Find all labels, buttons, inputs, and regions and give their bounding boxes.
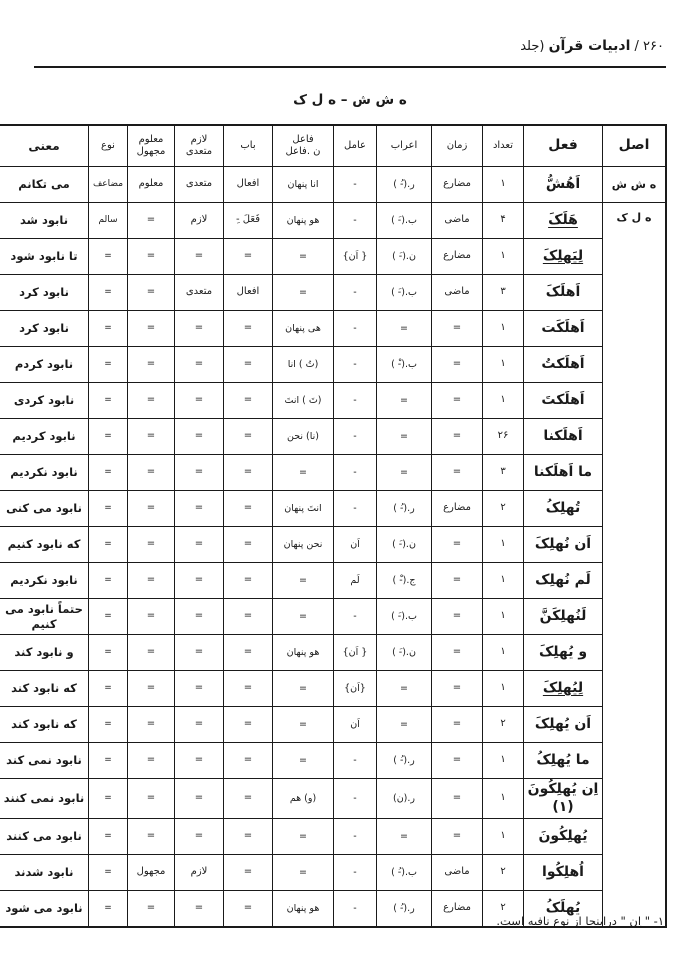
cell-amel: اَن [334,707,377,743]
cell-mani: نابود نمی کند [0,743,89,779]
cell-amel: - [334,311,377,347]
cell-zaman: = [432,671,483,707]
cell-tedad: ۱ [483,311,524,347]
table-row: اُهلِکُوا۲ماضیب.(-ُ )-==لازممجهول=نابود … [0,855,666,891]
cell-bab: افعال [224,167,273,203]
cell-bab: فَعَلَ -ِ [224,203,273,239]
cell-malum: = [128,203,175,239]
cell-amel: اَن [334,527,377,563]
table-head: اصلفعلتعدادزماناعرابعاملفاعل ن .فاعلبابل… [0,125,666,167]
cell-tedad: ۲۶ [483,419,524,455]
cell-mani: نابود نکردیم [0,455,89,491]
cell-mani: نابود نمی کنند [0,779,89,819]
column-header-fel: فعل [524,125,603,167]
cell-tedad: ۱ [483,671,524,707]
cell-tedad: ۲ [483,491,524,527]
cell-zaman: = [432,819,483,855]
cell-fael: = [273,599,334,635]
table-body: ه ش شاَهُشُّ۱مضارعر.(-ُ )-انا پنهانافعال… [0,167,666,928]
cell-malum: = [128,743,175,779]
cell-zaman: = [432,635,483,671]
table-row: ه ش شاَهُشُّ۱مضارعر.(-ُ )-انا پنهانافعال… [0,167,666,203]
cell-zaman: = [432,599,483,635]
cell-amel: {اَن} [334,671,377,707]
cell-lazem: = [175,491,224,527]
cell-erab: ر.(-ُ ) [377,167,432,203]
cell-fael: = [273,855,334,891]
cell-amel: - [334,455,377,491]
cell-fel: اَهلَکَت [524,311,603,347]
cell-fel: لِیَهلِکَ [524,239,603,275]
column-header-bab: باب [224,125,273,167]
cell-malum: = [128,671,175,707]
cell-bab: = [224,563,273,599]
cell-malum: = [128,455,175,491]
cell-tedad: ۱ [483,239,524,275]
cell-bab: = [224,599,273,635]
cell-amel: - [334,347,377,383]
cell-amel: - [334,855,377,891]
cell-fel: اَهلَکنا [524,419,603,455]
cell-no: = [89,455,128,491]
cell-no: = [89,527,128,563]
cell-bab: = [224,743,273,779]
cell-zaman: = [432,311,483,347]
cell-no: = [89,347,128,383]
column-header-malum: معلوم مجهول [128,125,175,167]
cell-no: = [89,311,128,347]
cell-mani: نابود نکردیم [0,563,89,599]
cell-zaman: ماضی [432,855,483,891]
cell-malum: = [128,527,175,563]
cell-zaman: مضارع [432,491,483,527]
cell-fael: هو پنهان [273,203,334,239]
cell-erab: = [377,419,432,455]
cell-zaman: = [432,779,483,819]
table-container: اصلفعلتعدادزماناعرابعاملفاعل ن .فاعلبابل… [0,124,667,928]
cell-bab: = [224,635,273,671]
cell-erab: ر.(ن) [377,779,432,819]
cell-no: = [89,239,128,275]
cell-malum: مجهول [128,855,175,891]
table-row: ما یُهلِکُ۱=ر.(-ُ )-=====نابود نمی کندجا… [0,743,666,779]
conjugation-table: اصلفعلتعدادزماناعرابعاملفاعل ن .فاعلبابل… [0,124,667,928]
cell-lazem: = [175,819,224,855]
cell-mani: تا نابود شود [0,239,89,275]
cell-amel: - [334,779,377,819]
cell-erab: = [377,455,432,491]
cell-bab: = [224,527,273,563]
cell-erab: ن.(-َ ) [377,635,432,671]
cell-erab: ب.(-َ ) [377,203,432,239]
cell-bab: = [224,455,273,491]
cell-amel: - [334,167,377,203]
cell-tedad: ۱ [483,563,524,599]
cell-amel: - [334,275,377,311]
cell-fel: تُهلِکُ [524,491,603,527]
cell-no: = [89,491,128,527]
cell-bab: = [224,819,273,855]
cell-fel: لَنُهلِکَنَّ [524,599,603,635]
cell-erab: ب.(-َ ) [377,599,432,635]
cell-lazem: = [175,347,224,383]
cell-lazem: متعدی [175,275,224,311]
cell-bab: = [224,347,273,383]
cell-malum: = [128,383,175,419]
cell-fel: و یُهلِکَ [524,635,603,671]
column-header-tedad: تعداد [483,125,524,167]
cell-amel: { اَن} [334,635,377,671]
table-row: تُهلِکُ۲مضارعر.(-ُ )-انتَ پنهان====نابود… [0,491,666,527]
cell-fel: یُهلِکُونَ [524,819,603,855]
cell-amel: - [334,743,377,779]
cell-tedad: ۱ [483,527,524,563]
cell-fael: = [273,707,334,743]
cell-lazem: = [175,383,224,419]
cell-fel: اَهلَکتَ [524,383,603,419]
cell-fel: اَن نُهلِکَ [524,527,603,563]
book-page: ۲۶۰ / ادبیات قرآن (جلد ه ش ش – ه ل ک اصل… [0,0,700,966]
cell-tedad: ۲ [483,855,524,891]
header-divider [34,66,666,68]
cell-lazem: = [175,671,224,707]
cell-fael: = [273,239,334,275]
table-row: لَنُهلِکَنَّ۱=ب.(-َ )-=====حتماً نابود م… [0,599,666,635]
cell-erab: ب.(-ُ ) [377,855,432,891]
cell-fael: (تُ ) انا [273,347,334,383]
cell-malum: = [128,275,175,311]
cell-tedad: ۱ [483,779,524,819]
cell-lazem: = [175,599,224,635]
table-row: اَهلَکَ۳ماضیب.(-َ )-=افعالمتعدی==نابود ک… [0,275,666,311]
cell-malum: = [128,239,175,275]
cell-erab: ب.(-َ ) [377,275,432,311]
cell-mani: که نابود کنیم [0,527,89,563]
cell-erab: ب.(-ْ ) [377,347,432,383]
cell-no: = [89,275,128,311]
cell-malum: = [128,819,175,855]
cell-zaman: = [432,383,483,419]
cell-zaman: = [432,455,483,491]
cell-mani: نابود شدند [0,855,89,891]
cell-no: = [89,563,128,599]
cell-amel: - [334,491,377,527]
cell-malum: = [128,707,175,743]
cell-tedad: ۳ [483,455,524,491]
cell-mani: و نابود کند [0,635,89,671]
cell-bab: = [224,779,273,819]
cell-malum: = [128,347,175,383]
table-row: و یُهلِکَ۱=ن.(-َ ){ اَن}هو پنهان====و نا… [0,635,666,671]
cell-fel: اِن یُهلِکُونَ (۱) [524,779,603,819]
book-title: ادبیات قرآن [549,38,631,54]
cell-bab: = [224,707,273,743]
table-row: اَهلَکَت۱==-هی پنهان====نابود کردآل عمرا… [0,311,666,347]
cell-erab: = [377,819,432,855]
cell-no: = [89,707,128,743]
cell-amel: - [334,383,377,419]
column-header-amel: عامل [334,125,377,167]
volume-label: (جلد [520,39,548,54]
cell-no: = [89,599,128,635]
cell-mani: نابود کردم [0,347,89,383]
cell-tedad: ۱ [483,635,524,671]
cell-fael: (و) هم [273,779,334,819]
table-row: لِیَهلِکَ۱مضارعن.(-َ ){ اَن}=====تا نابو… [0,239,666,275]
cell-bab: = [224,491,273,527]
cell-lazem: = [175,563,224,599]
cell-bab: = [224,671,273,707]
cell-lazem: = [175,311,224,347]
cell-mani: که نابود کند [0,671,89,707]
cell-zaman: = [432,743,483,779]
cell-erab: ج.(-ْ ) [377,563,432,599]
cell-tedad: ۱ [483,347,524,383]
cell-tedad: ۱ [483,167,524,203]
cell-erab: = [377,707,432,743]
cell-no: = [89,855,128,891]
cell-fael: = [273,671,334,707]
cell-fael: انا پنهان [273,167,334,203]
cell-amel: - [334,203,377,239]
cell-no: مضاعف [89,167,128,203]
cell-lazem: = [175,707,224,743]
cell-mani: حتماً نابود می کنیم [0,599,89,635]
cell-tedad: ۱ [483,383,524,419]
cell-bab: = [224,855,273,891]
cell-asl: ه ش ش [603,167,667,203]
cell-mani: نابود می کنی [0,491,89,527]
cell-erab: ن.(-َ ) [377,239,432,275]
cell-lazem: = [175,743,224,779]
cell-no: = [89,383,128,419]
cell-mani: که نابود کند [0,707,89,743]
cell-amel: - [334,599,377,635]
cell-zaman: = [432,563,483,599]
table-row: اَن یُهلِکَ۲==اَن=====که نابود کنداعراف … [0,707,666,743]
cell-fael: (تَ ) انتَ [273,383,334,419]
cell-fael: نحن پنهان [273,527,334,563]
cell-fel: لَم نُهلِک [524,563,603,599]
cell-mani: می تکانم [0,167,89,203]
cell-zaman: ماضی [432,275,483,311]
table-row: اَن نُهلِکَ۱=ن.(-َ )اَننحن پنهان====که ن… [0,527,666,563]
cell-fel: اَهُشُّ [524,167,603,203]
cell-erab: ر.(-ُ ) [377,491,432,527]
cell-tedad: ۴ [483,203,524,239]
cell-fel: اَهلَکَ [524,275,603,311]
cell-tedad: ۱ [483,819,524,855]
column-header-asl: اصل [603,125,667,167]
cell-fael: (نا) نحن [273,419,334,455]
cell-fel: ما یُهلِکُ [524,743,603,779]
cell-lazem: = [175,239,224,275]
cell-tedad: ۲ [483,707,524,743]
column-header-erab: اعراب [377,125,432,167]
cell-fael: = [273,819,334,855]
cell-zaman: ماضی [432,203,483,239]
table-row: ما اَهلَکنا۳==-=====نابود نکردیمحجر ۴ [0,455,666,491]
cell-bab: = [224,239,273,275]
cell-mani: نابود کرد [0,311,89,347]
table-head-row: اصلفعلتعدادزماناعرابعاملفاعل ن .فاعلبابل… [0,125,666,167]
footnote: ۱- " اِن " دراینجا از نوع نافیه است. [36,914,664,928]
cell-mani: نابود کرد [0,275,89,311]
table-row: اَهلَکتَ۱==-(تَ ) انتَ====نابود کردیاعرا… [0,383,666,419]
root-heading: ه ش ش – ه ل ک [0,92,700,108]
cell-tedad: ۱ [483,599,524,635]
cell-no: = [89,819,128,855]
cell-fael: انتَ پنهان [273,491,334,527]
cell-fel: ما اَهلَکنا [524,455,603,491]
cell-mani: نابود شد [0,203,89,239]
cell-fel: لِیُهلِکَ [524,671,603,707]
table-row: لِیُهلِکَ۱=={اَن}=====که نابود کندهود ۱۱… [0,671,666,707]
cell-fel: اَن یُهلِکَ [524,707,603,743]
table-row: یُهلِکُونَ۱==-=====نابود می کنندتوبه ۴۲ [0,819,666,855]
cell-fel: اَهلَکتُ [524,347,603,383]
cell-fael: = [273,455,334,491]
cell-fael: = [273,743,334,779]
cell-malum: = [128,419,175,455]
cell-lazem: = [175,527,224,563]
cell-malum: = [128,779,175,819]
cell-no: سالم [89,203,128,239]
cell-erab: = [377,383,432,419]
cell-no: = [89,635,128,671]
cell-zaman: = [432,347,483,383]
table-row: ه ل کهَلَکَ۴ماضیب.(-َ )-هو پنهانفَعَلَ -… [0,203,666,239]
cell-lazem: = [175,455,224,491]
table-row: اِن یُهلِکُونَ (۱)۱=ر.(ن)-(و) هم====نابو… [0,779,666,819]
cell-mani: نابود می کنند [0,819,89,855]
table-row: اَهلَکنا۲۶==-(نا) نحن====نابود کردیممحمد… [0,419,666,455]
cell-malum: = [128,491,175,527]
cell-asl: ه ل ک [603,203,667,928]
cell-no: = [89,743,128,779]
cell-malum: = [128,311,175,347]
cell-amel: - [334,819,377,855]
cell-zaman: مضارع [432,239,483,275]
cell-bab: افعال [224,275,273,311]
cell-erab: = [377,671,432,707]
cell-mani: نابود کردیم [0,419,89,455]
cell-erab: ن.(-َ ) [377,527,432,563]
cell-fael: هی پنهان [273,311,334,347]
column-header-fael: فاعل ن .فاعل [273,125,334,167]
cell-lazem: = [175,635,224,671]
cell-zaman: = [432,707,483,743]
cell-malum: معلوم [128,167,175,203]
running-head: ۲۶۰ / ادبیات قرآن (جلد [36,38,664,54]
cell-fael: = [273,275,334,311]
cell-tedad: ۳ [483,275,524,311]
cell-amel: لَم [334,563,377,599]
cell-lazem: لازم [175,203,224,239]
cell-lazem: = [175,779,224,819]
column-header-zaman: زمان [432,125,483,167]
cell-bab: = [224,383,273,419]
column-header-lazem: لازم متعدی [175,125,224,167]
cell-no: = [89,419,128,455]
cell-erab: = [377,311,432,347]
cell-lazem: لازم [175,855,224,891]
cell-no: = [89,671,128,707]
cell-erab: ر.(-ُ ) [377,743,432,779]
cell-zaman: = [432,527,483,563]
cell-amel: - [334,419,377,455]
cell-malum: = [128,563,175,599]
column-header-no: نوع [89,125,128,167]
cell-fel: هَلَکَ [524,203,603,239]
cell-amel: { اَن} [334,239,377,275]
cell-no: = [89,779,128,819]
cell-malum: = [128,599,175,635]
cell-fel: اُهلِکُوا [524,855,603,891]
cell-bab: = [224,419,273,455]
cell-zaman: = [432,419,483,455]
table-row: اَهلَکتُ۱=ب.(-ْ )-(تُ ) انا====نابود کرد… [0,347,666,383]
cell-malum: = [128,635,175,671]
cell-tedad: ۱ [483,743,524,779]
cell-bab: = [224,311,273,347]
table-row: لَم نُهلِک۱=ج.(-ْ )لَم=====نابود نکردیمم… [0,563,666,599]
cell-lazem: = [175,419,224,455]
cell-mani: نابود کردی [0,383,89,419]
cell-fael: = [273,563,334,599]
cell-fael: هو پنهان [273,635,334,671]
page-number: ۲۶۰ / [630,39,664,54]
column-header-mani: معنی [0,125,89,167]
cell-lazem: متعدی [175,167,224,203]
cell-zaman: مضارع [432,167,483,203]
